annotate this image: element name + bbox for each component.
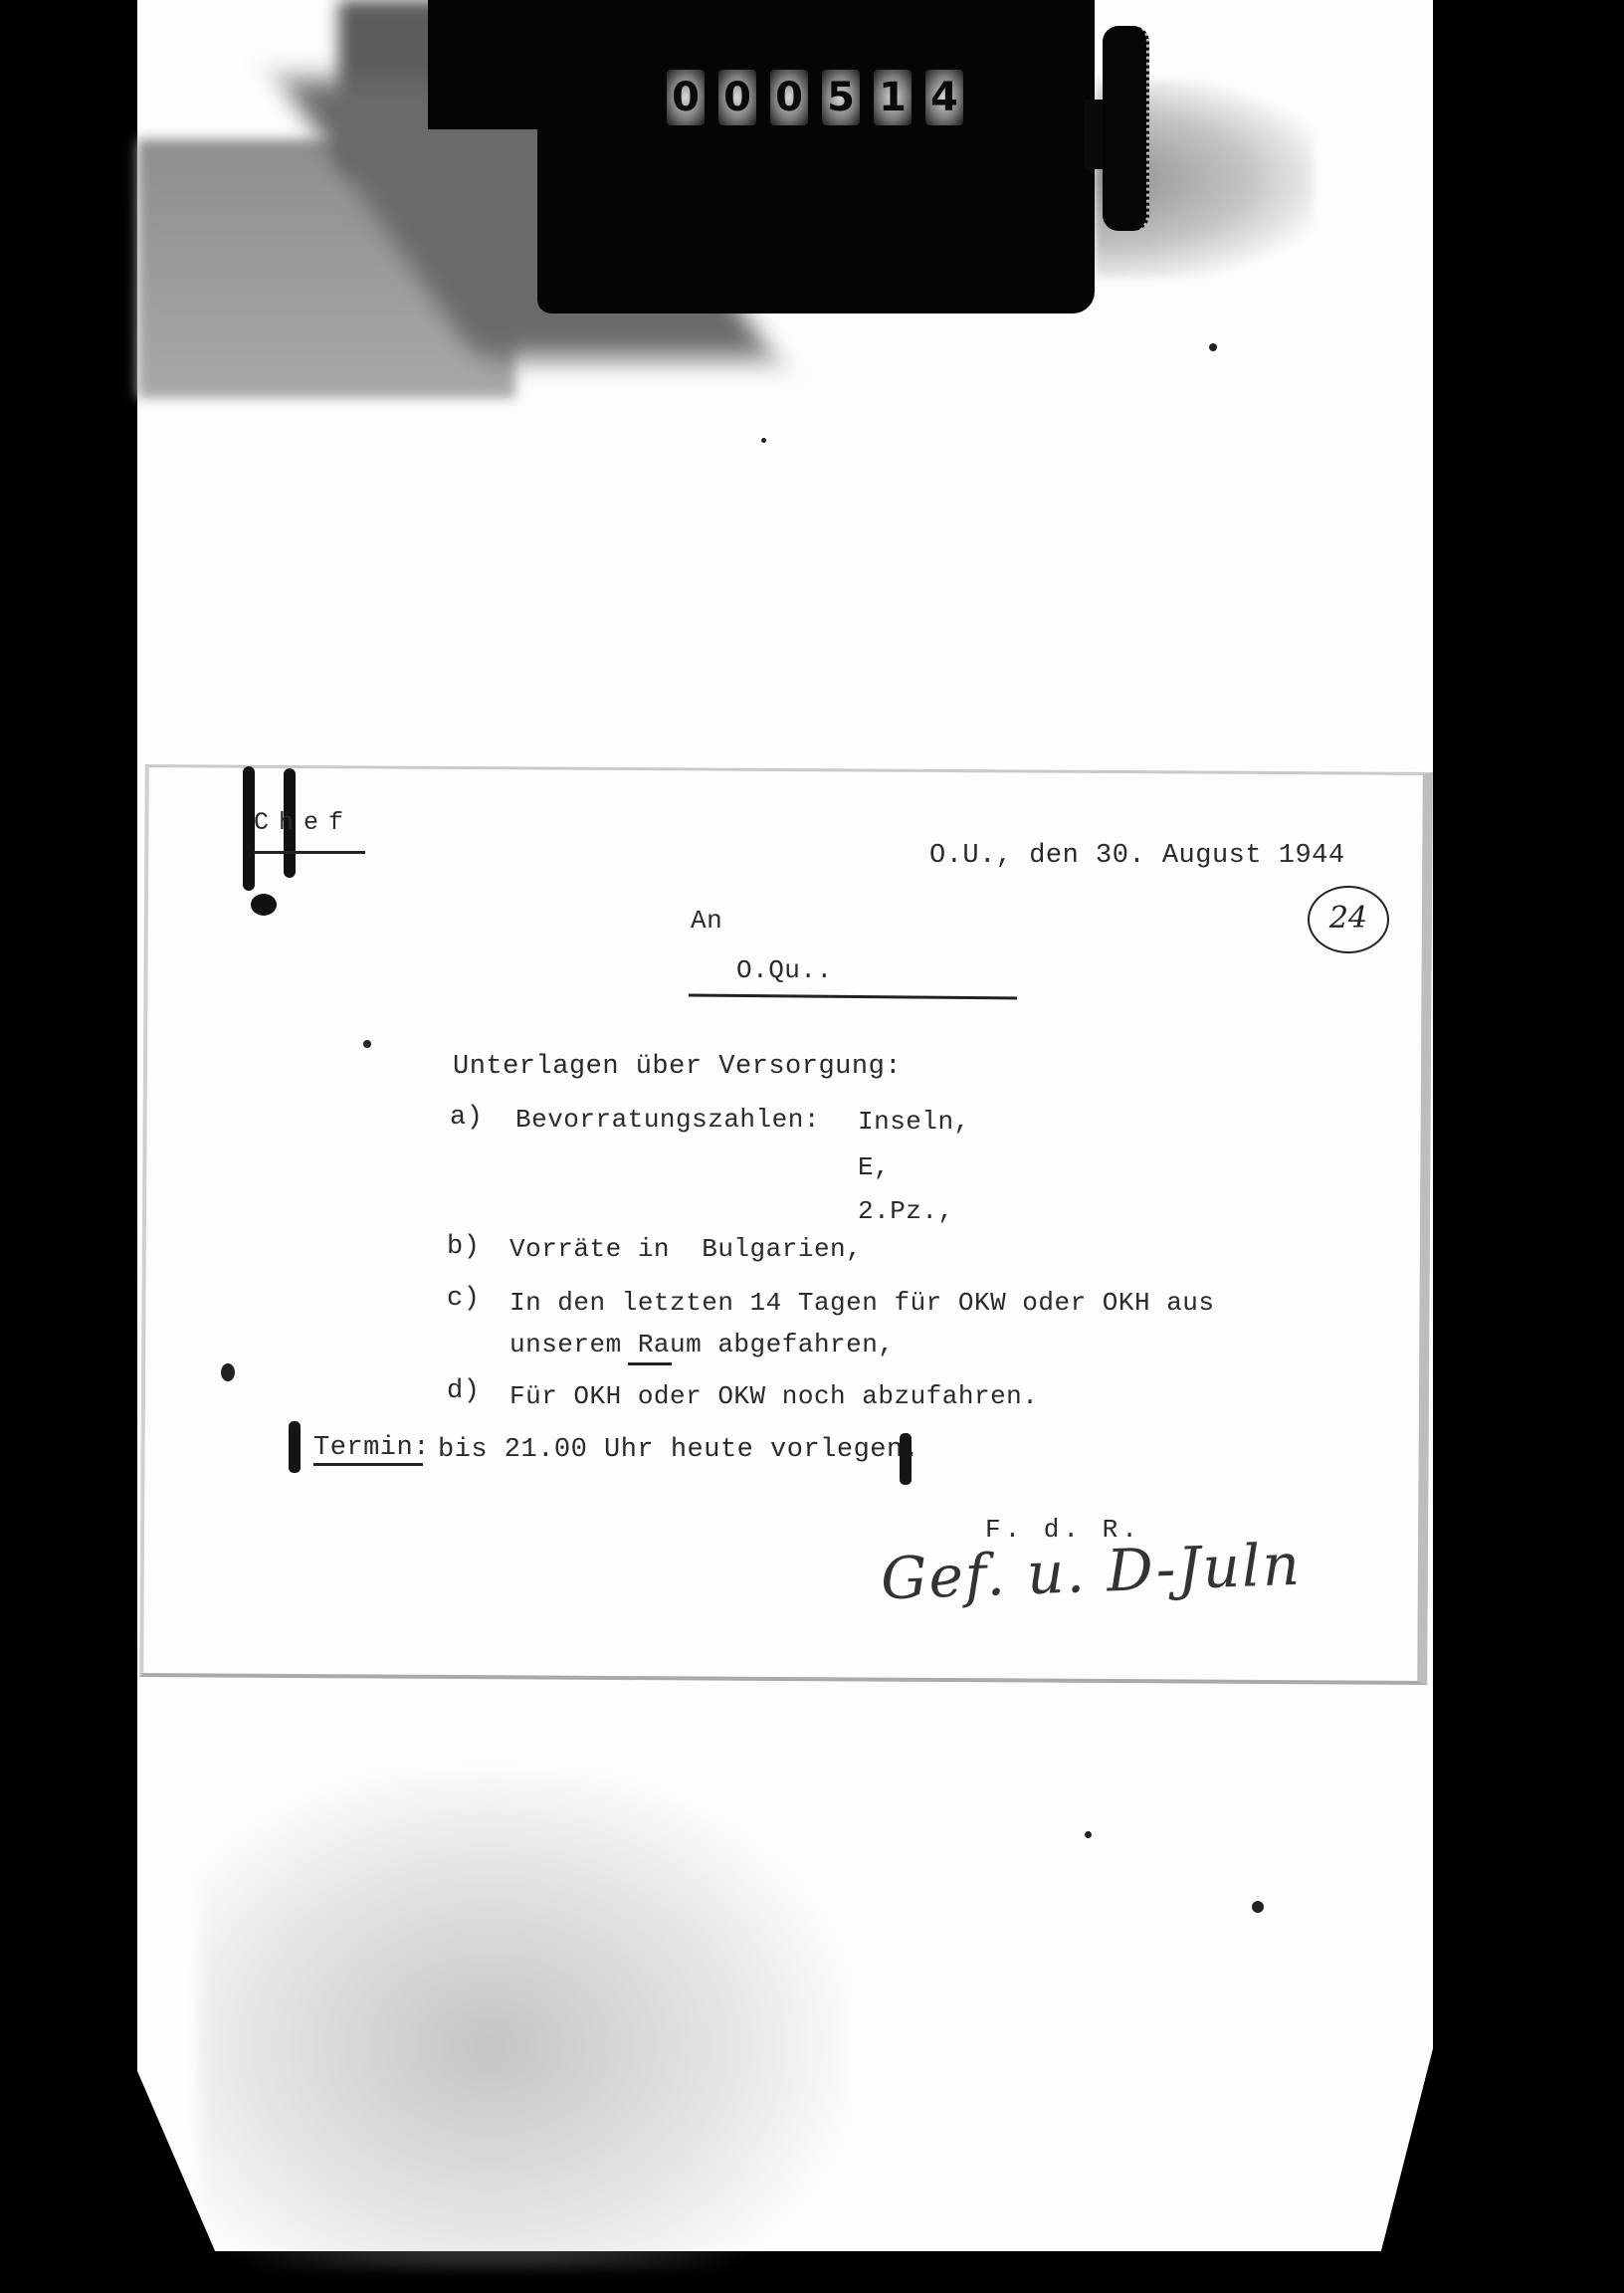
item-text-continued: unserem Raum abgefahren, bbox=[509, 1330, 894, 1359]
ink-speck bbox=[363, 1040, 371, 1048]
counter-digits: 0 0 0 5 1 4 bbox=[667, 70, 963, 125]
margin-bar-icon bbox=[289, 1421, 301, 1473]
folio-number: 24 bbox=[1308, 886, 1389, 953]
margin-bar-icon bbox=[900, 1433, 912, 1485]
subject-line: Unterlagen über Versorgung: bbox=[453, 1052, 902, 1082]
deadline-label: Termin: bbox=[313, 1433, 430, 1463]
ink-blot-icon bbox=[251, 894, 277, 916]
counter-digit: 5 bbox=[822, 70, 860, 125]
header-underline bbox=[254, 851, 365, 854]
item-sub-entry: Inseln, bbox=[858, 1107, 970, 1137]
header-marker: Chef bbox=[254, 808, 353, 837]
item-text: In den letzten 14 Tagen für OKW oder OKH… bbox=[509, 1288, 1215, 1318]
item-sub-entry: 2.Pz., bbox=[858, 1196, 954, 1226]
counter-device-arm bbox=[428, 0, 547, 129]
counter-digit: 1 bbox=[874, 70, 912, 125]
item-label: a) bbox=[450, 1103, 483, 1133]
recipient: O.Qu.. bbox=[736, 955, 833, 985]
ink-speck bbox=[761, 438, 766, 443]
deadline-text: bis 21.00 Uhr heute vorlegen. bbox=[438, 1435, 919, 1465]
item-text: Vorräte in Bulgarien, bbox=[509, 1234, 862, 1264]
item-label: d) bbox=[447, 1376, 480, 1406]
counter-digit: 4 bbox=[925, 70, 963, 125]
counter-knob-icon bbox=[1103, 26, 1149, 231]
counter-digit: 0 bbox=[667, 70, 705, 125]
ink-speck bbox=[1085, 1831, 1092, 1838]
item-text: Für OKH oder OKW noch abzufahren. bbox=[509, 1381, 1038, 1411]
ink-speck bbox=[1209, 343, 1217, 351]
deadline-underline bbox=[313, 1463, 423, 1466]
paper-stain bbox=[199, 1772, 846, 2269]
frame-counter-device: 0 0 0 5 1 4 bbox=[537, 0, 1095, 313]
counter-digit: 0 bbox=[718, 70, 756, 125]
ink-speck bbox=[1252, 1901, 1264, 1913]
item-sub-entry: E, bbox=[858, 1152, 890, 1182]
item-label: c) bbox=[447, 1284, 480, 1314]
date-line: O.U., den 30. August 1944 bbox=[929, 841, 1345, 871]
emphasis-underline bbox=[628, 1362, 672, 1365]
item-text: Bevorratungszahlen: bbox=[515, 1105, 820, 1135]
ink-speck bbox=[221, 1363, 235, 1381]
counter-digit: 0 bbox=[770, 70, 808, 125]
item-label: b) bbox=[447, 1232, 480, 1262]
address-prefix: An bbox=[691, 906, 722, 936]
